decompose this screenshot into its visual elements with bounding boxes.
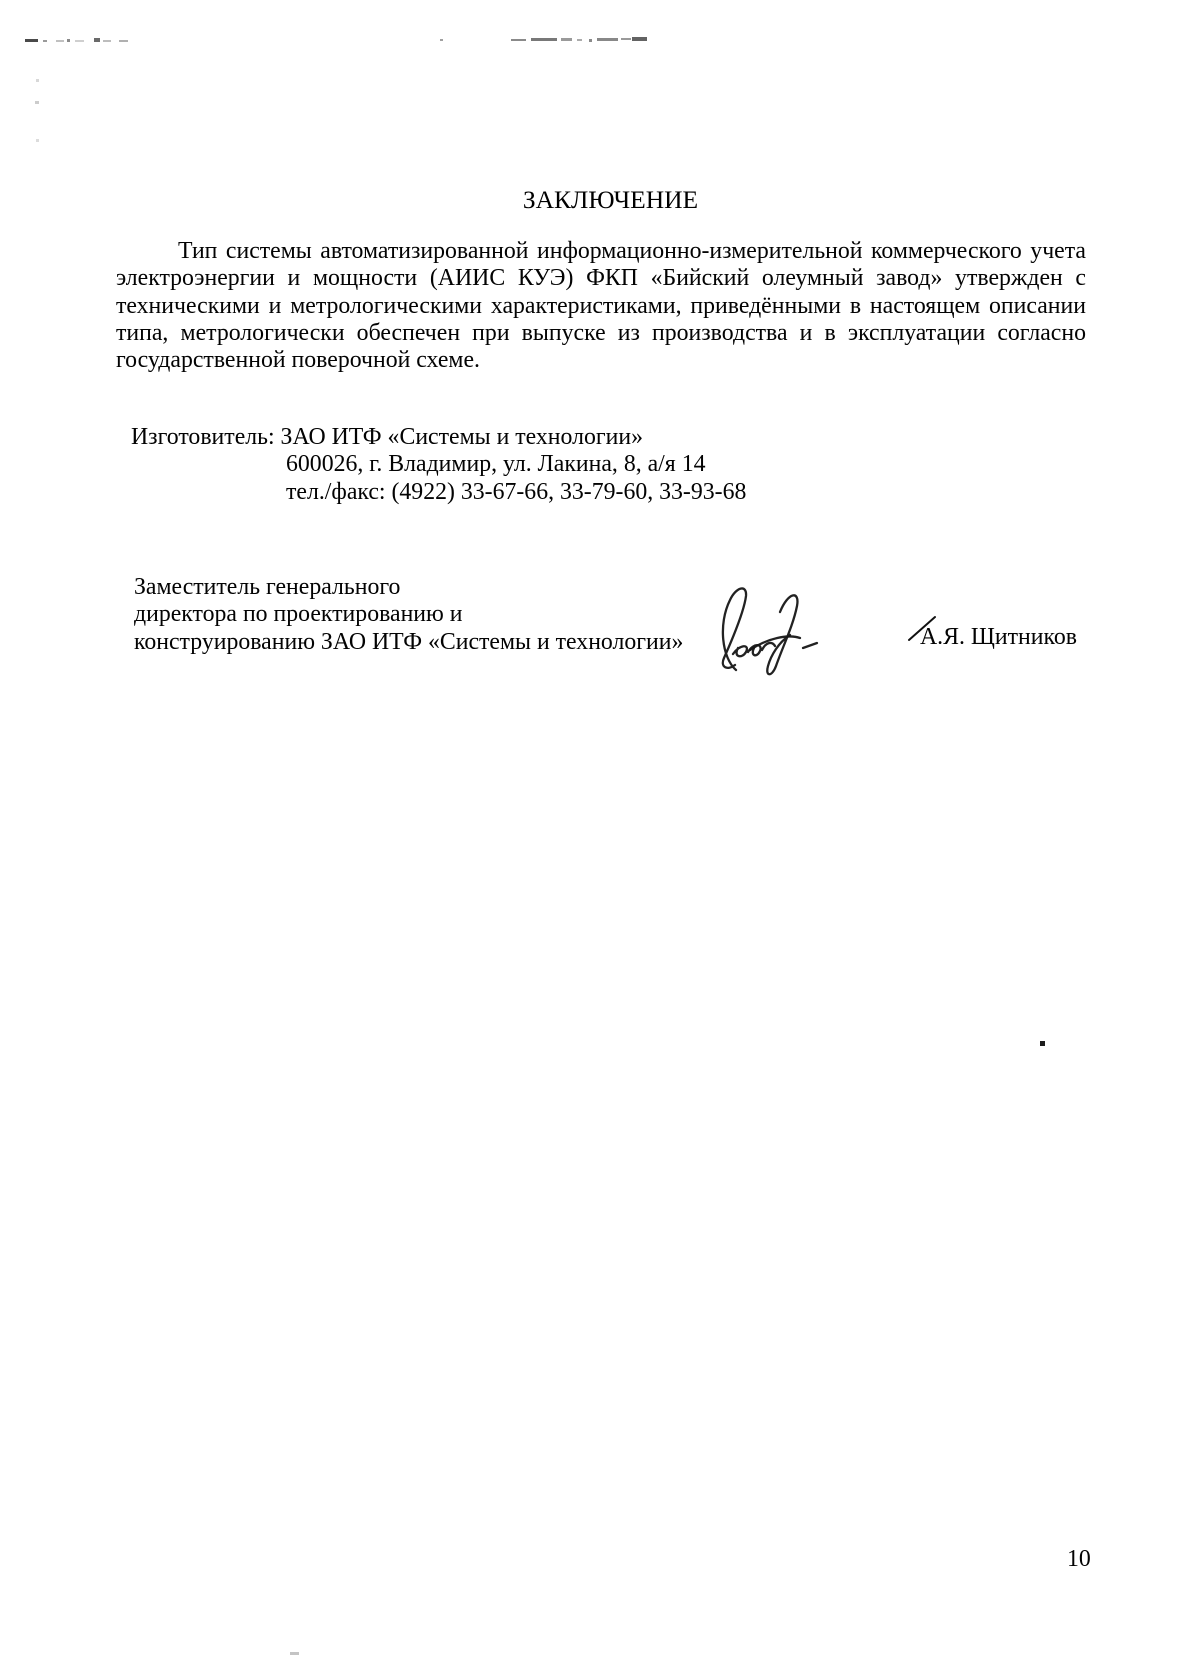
scan-artifact — [440, 39, 443, 41]
manufacturer-block: Изготовитель: ЗАО ИТФ «Системы и техноло… — [131, 424, 746, 506]
scan-artifact — [511, 39, 526, 41]
signatory-position-block: Заместитель генерального директора по пр… — [134, 574, 683, 656]
scan-artifact — [1040, 1041, 1045, 1046]
page-title: ЗАКЛЮЧЕНИЕ — [0, 186, 1181, 213]
paragraph-line: техническими и метрологическими характер… — [116, 293, 1086, 320]
scan-artifact — [36, 79, 39, 82]
signatory-name: А.Я. Щитников — [920, 624, 1077, 651]
manufacturer-address: 600026, г. Владимир, ул. Лакина, 8, а/я … — [131, 451, 746, 478]
page-number: 10 — [1067, 1546, 1091, 1573]
scan-artifact — [531, 38, 557, 41]
paragraph-line: Тип системы автоматизированной информаци… — [116, 238, 1086, 265]
paragraph-line: типа, метрологически обеспечен при выпус… — [116, 320, 1086, 347]
manufacturer-line: Изготовитель: ЗАО ИТФ «Системы и техноло… — [131, 424, 746, 451]
scan-artifact — [25, 39, 38, 42]
signatory-position-line: директора по проектированию и — [134, 601, 683, 628]
paragraph-line: государственной поверочной схеме. — [116, 347, 1086, 374]
scan-artifact — [75, 40, 84, 42]
conclusion-paragraph: Тип системы автоматизированной информаци… — [116, 238, 1086, 374]
paragraph-line: электроэнергии и мощности (АИИС КУЭ) ФКП… — [116, 265, 1086, 292]
manufacturer-phone: тел./факс: (4922) 33-67-66, 33-79-60, 33… — [131, 479, 746, 506]
scan-artifact — [597, 38, 618, 41]
scan-artifact — [577, 39, 582, 41]
scan-artifact — [290, 1652, 299, 1655]
scan-artifact — [621, 38, 631, 40]
scan-artifact — [561, 38, 572, 41]
signatory-position-line: Заместитель генерального — [134, 574, 683, 601]
scan-artifact — [589, 39, 592, 42]
scan-artifact — [119, 40, 128, 42]
scan-artifact — [36, 139, 39, 142]
signatory-position-line: конструированию ЗАО ИТФ «Системы и техно… — [134, 629, 683, 656]
scan-artifact — [632, 37, 647, 41]
scan-artifact — [43, 40, 47, 42]
scan-artifact — [103, 40, 111, 42]
scan-artifact — [67, 39, 70, 42]
scan-artifact — [56, 40, 64, 42]
scan-artifact — [35, 101, 39, 104]
scan-artifact — [94, 38, 100, 42]
handwritten-signature-icon — [700, 578, 825, 680]
scanned-document-page: { "document": { "title": "ЗАКЛЮЧЕНИЕ", "… — [0, 0, 1181, 1659]
